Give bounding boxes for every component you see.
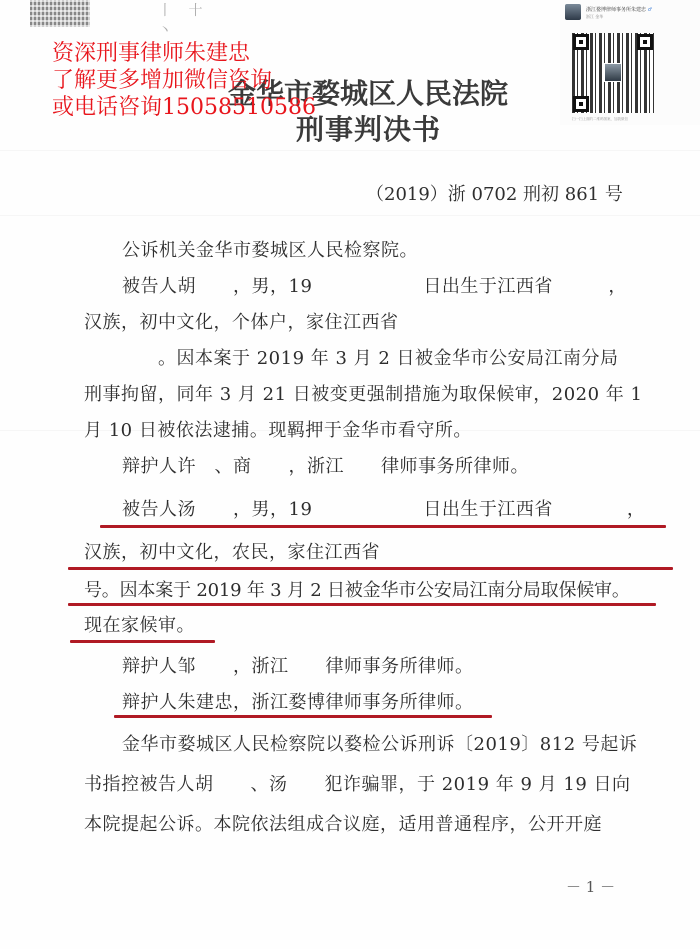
qr-center-avatar: [604, 63, 622, 82]
wechat-contact-card: 浙江婺博律师事务所朱建忠 ♂ 浙江 金华 扫一扫上面的二维码图案，加我微信: [560, 0, 700, 125]
scan-artifact: [0, 215, 700, 216]
body-line-indictment: 金华市婺城区人民检察院以婺检公诉刑诉〔2019〕812 号起诉: [122, 730, 637, 756]
handwritten-mark: 丨 十 丶: [158, 0, 238, 14]
body-line: 号。因本案于 2019 年 3 月 2 日被金华市公安局江南分局取保候审。: [84, 576, 630, 602]
scan-artifact: [0, 150, 700, 151]
body-line: 现在家候审。: [84, 611, 195, 637]
qr-finder-icon: [573, 96, 589, 112]
watermark-line-3: 或电话咨询15058510586: [52, 94, 316, 121]
wechat-name-text: 浙江婺博律师事务所朱建忠: [586, 7, 646, 13]
body-line: 刑事拘留，同年 3 月 21 日被变更强制措施为取保候审，2020 年 1: [84, 380, 642, 406]
body-line: 书指控被告人胡 、汤 犯诈骗罪，于 2019 年 9 月 19 日向: [84, 770, 631, 796]
qr-finder-icon: [573, 34, 589, 50]
highlight-underline: [114, 715, 492, 718]
watermark-line-2: 了解更多增加微信咨询: [52, 67, 316, 94]
body-line: 汉族，初中文化，个体户，家住江西省: [84, 308, 399, 334]
body-line-defender-zou: 辩护人邹 ，浙江 律师事务所律师。: [122, 652, 474, 678]
small-qr-code-icon: [30, 0, 90, 27]
body-line: 月 10 日被依法逮捕。现羁押于金华市看守所。: [84, 416, 472, 442]
body-line-prosecutor: 公诉机关金华市婺城区人民检察院。: [122, 236, 418, 262]
body-line-defendant-tang: 被告人汤 ，男，19 日出生于江西省 ，: [122, 495, 645, 521]
judgment-page: 丨 十 丶 资深刑事律师朱建忠 了解更多增加微信咨询 或电话咨询15058510…: [0, 0, 700, 949]
highlight-underline: [70, 640, 215, 643]
wechat-name: 浙江婺博律师事务所朱建忠 ♂: [586, 6, 652, 13]
body-line: 汉族，初中文化，农民，家住江西省: [84, 538, 380, 564]
body-line: 。因本案于 2019 年 3 月 2 日被金华市公安局江南分局: [84, 344, 619, 370]
body-line-defendant-hu: 被告人胡 ，男，19 日出生于江西省 ，: [122, 272, 627, 298]
page-number: － 1 －: [566, 876, 615, 897]
body-line-defender-xu-shang: 辩护人许 、商 ，浙江 律师事务所律师。: [122, 452, 529, 478]
wechat-region: 浙江 金华: [586, 14, 603, 20]
highlight-underline: [68, 567, 673, 570]
highlight-underline: [68, 603, 656, 606]
wechat-scan-hint: 扫一扫上面的二维码图案，加我微信: [572, 117, 628, 122]
qr-finder-icon: [637, 34, 653, 50]
avatar: [565, 4, 581, 20]
document-title: 刑事判决书: [296, 108, 441, 148]
watermark-ad: 资深刑事律师朱建忠 了解更多增加微信咨询 或电话咨询15058510586: [52, 40, 316, 121]
wechat-qr-code-icon: [572, 33, 654, 113]
body-line: 本院提起公诉。本院依法组成合议庭，适用普通程序，公开开庭: [84, 810, 602, 836]
highlight-underline: [100, 525, 666, 528]
body-line-defender-zhu: 辩护人朱建忠，浙江婺博律师事务所律师。: [122, 688, 474, 714]
gender-icon: ♂: [648, 7, 652, 13]
watermark-line-1: 资深刑事律师朱建忠: [52, 40, 316, 67]
case-number: （2019）浙 0702 刑初 861 号: [366, 180, 623, 206]
